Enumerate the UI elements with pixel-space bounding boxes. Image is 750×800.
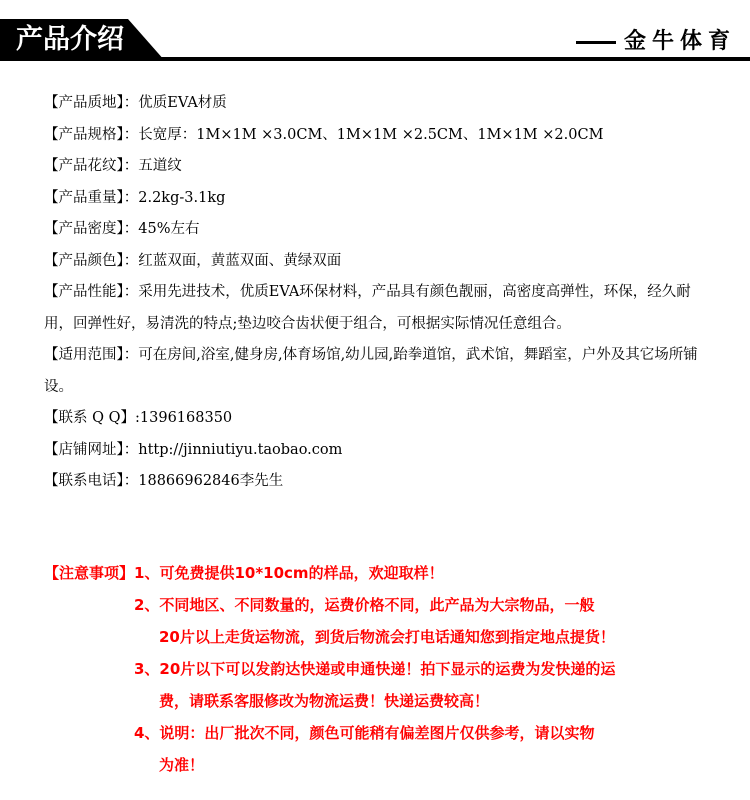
spec-phone: 【联系电话】：18866962846李先生 bbox=[44, 466, 704, 498]
spec-size: 【产品规格】：长宽厚：1M×1M ×3.0CM、1M×1M ×2.5CM、1M×… bbox=[44, 120, 704, 152]
brand-signature: 金牛体育 bbox=[576, 28, 736, 54]
header-rule bbox=[160, 57, 750, 61]
spec-density: 【产品密度】：45%左右 bbox=[44, 214, 704, 246]
notice-section: 【注意事项】1、可免费提供10*10cm的样品，欢迎取样！ 2、不同地区、不同数… bbox=[44, 557, 724, 781]
notice-label: 【注意事项】 bbox=[44, 564, 134, 582]
spec-weight: 【产品重量】：2.2kg-3.1kg bbox=[44, 183, 704, 215]
spec-pattern: 【产品花纹】：五道纹 bbox=[44, 151, 704, 183]
spec-usage: 【适用范围】：可在房间,浴室,健身房,体育场馆,幼儿园,跆拳道馆，武术馆，舞蹈室… bbox=[44, 340, 704, 403]
spec-store-url: 【店铺网址】：http://jinniutiyu.taobao.com bbox=[44, 435, 704, 467]
section-header: 产品介绍 金牛体育 bbox=[0, 0, 750, 62]
notice-item-2-cont: 20片以上走货运物流，到货后物流会打电话通知您到指定地点提货！ bbox=[44, 621, 724, 653]
notice-item-2: 2、不同地区、不同数量的，运费价格不同，此产品为大宗物品，一般 bbox=[44, 589, 724, 621]
notice-item-3-cont: 费，请联系客服修改为物流运费！快递运费较高！ bbox=[44, 685, 724, 717]
section-title: 产品介绍 bbox=[16, 24, 124, 56]
notice-item-4-cont: 为准！ bbox=[44, 749, 724, 781]
store-link[interactable]: http://jinniutiyu.taobao.com bbox=[138, 442, 342, 458]
notice-item-3: 3、20片以下可以发韵达快递或申通快递！拍下显示的运费为发快递的运 bbox=[44, 653, 724, 685]
notice-item-1: 【注意事项】1、可免费提供10*10cm的样品，欢迎取样！ bbox=[44, 557, 724, 589]
spec-material: 【产品质地】：优质EVA材质 bbox=[44, 88, 704, 120]
spec-qq: 【联系 Q Q】:1396168350 bbox=[44, 403, 704, 435]
dash-divider bbox=[576, 41, 616, 44]
brand-name: 金牛体育 bbox=[624, 28, 736, 54]
spec-color: 【产品颜色】：红蓝双面，黄蓝双面、黄绿双面 bbox=[44, 246, 704, 278]
spec-list: 【产品质地】：优质EVA材质 【产品规格】：长宽厚：1M×1M ×3.0CM、1… bbox=[44, 88, 704, 498]
spec-performance: 【产品性能】：采用先进技术，优质EVA环保材料，产品具有颜色靓丽，高密度高弹性，… bbox=[44, 277, 704, 340]
notice-item-4: 4、说明：出厂批次不同，颜色可能稍有偏差图片仅供参考，请以实物 bbox=[44, 717, 724, 749]
